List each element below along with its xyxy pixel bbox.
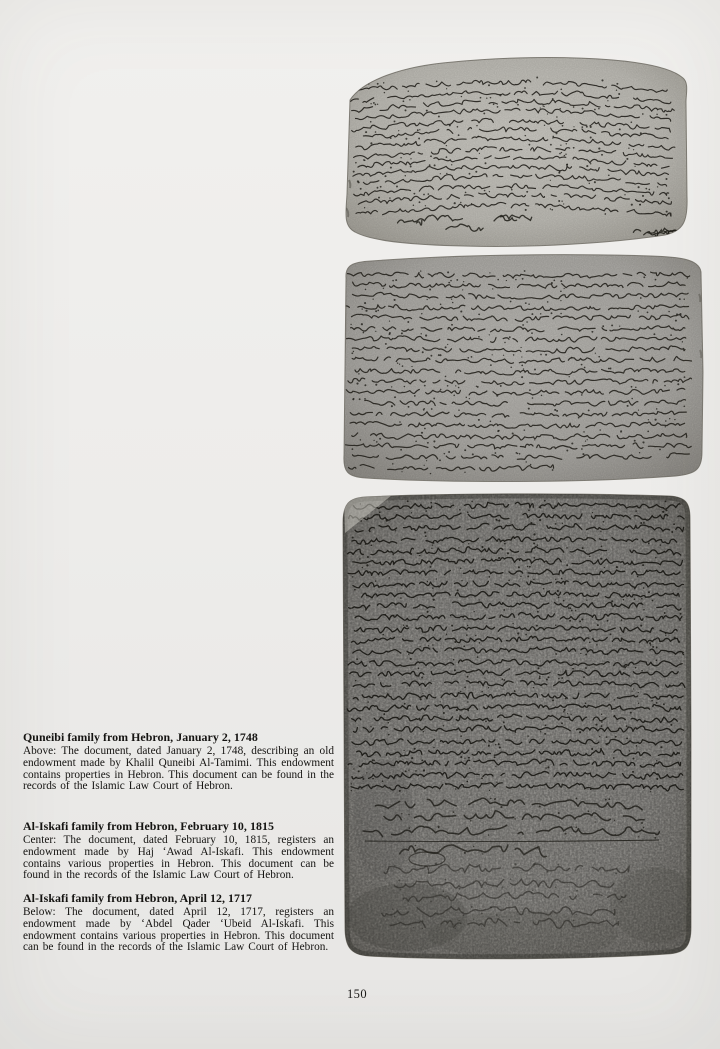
caption-body: Center: The document, dated February 10,…	[23, 835, 334, 882]
caption-body: Below: The document, dated April 12, 171…	[23, 907, 334, 954]
caption-iskafi-1815: Al-Iskafi family from Hebron, February 1…	[23, 819, 334, 882]
page-number: 150	[330, 987, 384, 1002]
caption-heading: Al-Iskafi family from Hebron, April 12, …	[23, 891, 334, 905]
caption-iskafi-1717: Al-Iskafi family from Hebron, April 12, …	[23, 891, 334, 954]
manuscript-1815-rendering	[331, 252, 708, 485]
caption-quneibi-1748: Quneibi family from Hebron, January 2, 1…	[23, 730, 334, 793]
manuscript-1748-rendering	[333, 54, 691, 250]
manuscript-image-1717	[337, 489, 697, 966]
caption-heading: Al-Iskafi family from Hebron, February 1…	[23, 819, 334, 833]
book-page: Quneibi family from Hebron, January 2, 1…	[0, 0, 720, 1049]
manuscript-image-1815	[331, 252, 708, 485]
caption-body: Above: The document, dated January 2, 17…	[23, 746, 334, 793]
caption-heading: Quneibi family from Hebron, January 2, 1…	[23, 730, 334, 744]
manuscript-1717-rendering	[337, 489, 697, 966]
manuscript-image-1748	[333, 54, 691, 250]
